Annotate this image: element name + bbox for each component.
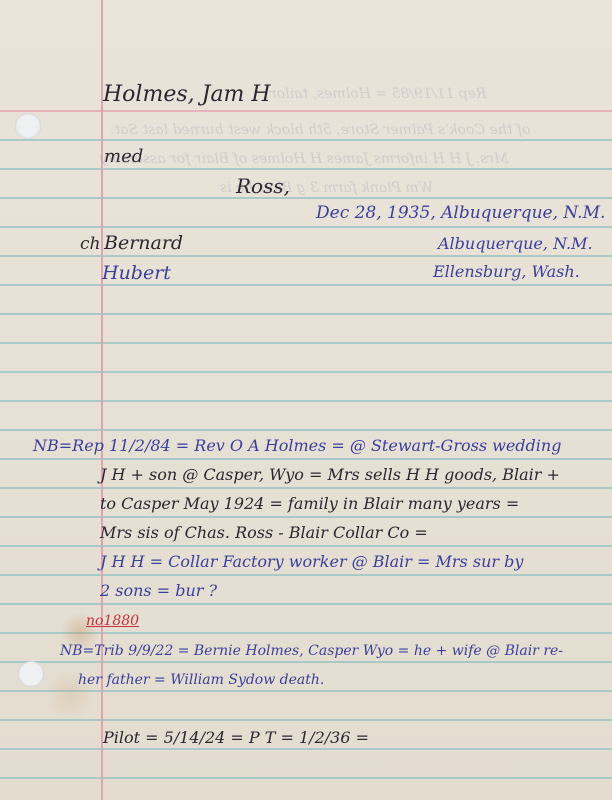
children-label: ch — [80, 236, 100, 253]
record-name: Holmes, Jam H — [103, 84, 271, 106]
marriage-date-place: Dec 28, 1935, Albuquerque, N.M. — [316, 205, 605, 222]
note-line: 2 sons = bur ? — [100, 583, 217, 599]
bleed-through-line: of the Cook's Palmer Store, 5th block we… — [110, 122, 530, 138]
punch-hole-top — [15, 113, 41, 139]
note-line: NB=Trib 9/9/22 = Bernie Holmes, Casper W… — [60, 644, 563, 658]
ruled-line — [0, 313, 612, 315]
ruled-line — [0, 719, 612, 721]
child-name: Bernard — [104, 234, 183, 253]
note-line: Mrs sis of Chas. Ross - Blair Collar Co … — [100, 525, 428, 541]
note-line: her father = William Sydow death. — [78, 673, 324, 687]
note-line: to Casper May 1924 = family in Blair man… — [100, 496, 519, 512]
punch-hole-bottom — [18, 661, 44, 687]
ruled-line — [0, 429, 612, 431]
married-label: med — [104, 148, 143, 166]
ruled-line — [0, 139, 612, 141]
footer-note: Pilot = 5/14/24 = P T = 1/2/36 = — [103, 730, 369, 746]
ruled-line — [0, 545, 612, 547]
ruled-line — [0, 516, 612, 518]
ruled-line — [0, 603, 612, 605]
ruled-line — [0, 342, 612, 344]
ruled-line — [0, 197, 612, 199]
ruled-line — [0, 168, 612, 170]
note-line: NB=Rep 11/2/84 = Rev O A Holmes = @ Stew… — [33, 438, 561, 454]
red-annotation: no1880 — [86, 614, 139, 628]
ruled-line — [0, 400, 612, 402]
bleed-through-line: Mrs. J H H informs James H Holmes of Bla… — [100, 151, 509, 167]
ruled-line — [0, 487, 612, 489]
ruled-line — [0, 255, 612, 257]
ruled-line — [0, 661, 612, 663]
ruled-line — [0, 458, 612, 460]
ruled-line — [0, 748, 612, 750]
child-place: Ellensburg, Wash. — [433, 264, 580, 280]
ruled-line — [0, 226, 612, 228]
bleed-through-line: Rep 11/19/85 = Holmes, tailor — [270, 86, 487, 102]
spouse-name: Ross, — [236, 176, 290, 196]
ruled-line — [0, 574, 612, 576]
ruled-line — [0, 284, 612, 286]
ruled-line — [0, 371, 612, 373]
ruled-line — [0, 777, 612, 779]
child-place: Albuquerque, N.M. — [438, 236, 593, 252]
note-line: J H + son @ Casper, Wyo = Mrs sells H H … — [100, 467, 560, 483]
document-page: Rep 11/19/85 = Holmes, tailor of the Coo… — [0, 0, 612, 800]
note-line: J H H = Collar Factory worker @ Blair = … — [100, 554, 523, 570]
ruled-line-top — [0, 110, 612, 112]
child-name: Hubert — [102, 264, 171, 283]
